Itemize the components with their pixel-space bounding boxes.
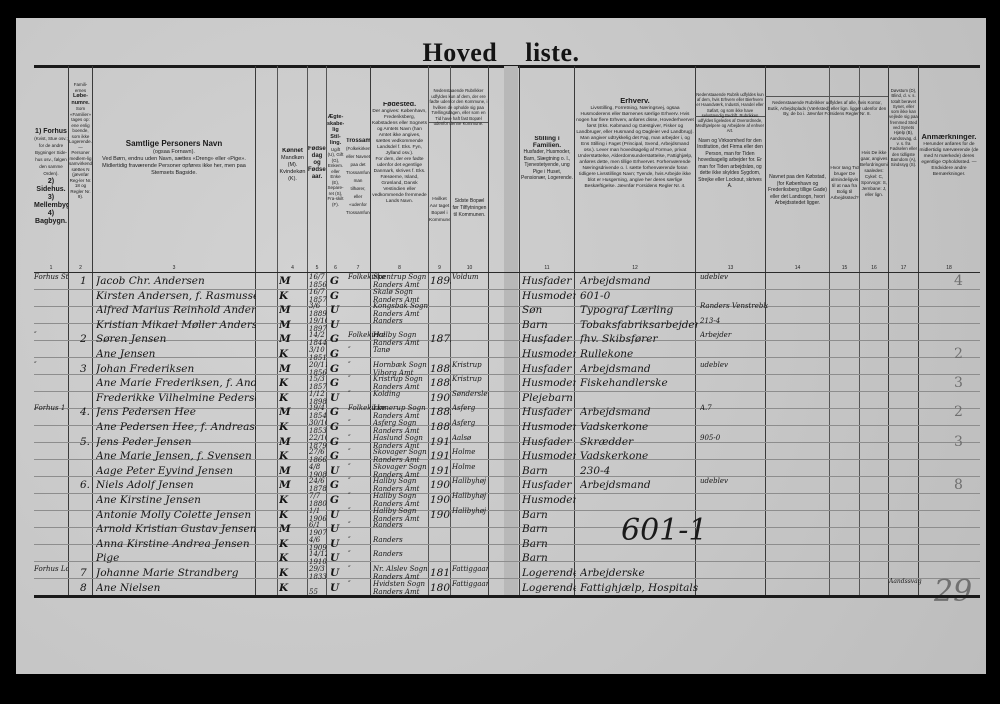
marital-status-cell: U <box>330 581 342 596</box>
header-col-8: Fødested.Der angives: København, Frederi… <box>371 102 428 205</box>
header-col-16: Hvis De ikke gaar, angives Befordringsmi… <box>860 150 888 198</box>
sex-cell: K <box>279 581 295 596</box>
col-number-3: 3 <box>93 265 255 271</box>
location-cell: Forhus 1 Sal <box>34 404 68 412</box>
header-col-3: Samtlige Personers Navn(ogsaa Fornavn).V… <box>96 140 252 177</box>
header-col-7: Trossamfund(Folkekirken eller Navnet paa… <box>346 138 370 217</box>
birth-day-cell: 14/12 <box>309 550 327 558</box>
birth-day-cell: 1/1 <box>309 507 327 515</box>
birth-day-cell: 22/10 <box>309 434 327 442</box>
col-number-15: 15 <box>830 265 859 271</box>
header-col-9: Hvilket Aar taget Bopæl i Kommunen? <box>429 196 450 224</box>
col-number-10: 10 <box>451 265 488 271</box>
header-col-18: Anmærkninger.Herunder anføres for de mid… <box>919 134 979 178</box>
year-settled-cell: 1806 <box>430 581 451 596</box>
header-col-12: Erhverv.Livsstilling, Forretning, Næring… <box>576 98 694 190</box>
census-sheet: Hovedliste. 1) Forhus(Kvist, Stue osv.; … <box>16 18 986 674</box>
birth-day-cell: 19/10 <box>309 317 327 325</box>
birthplace-parish-cell: Skovager Sogn <box>373 448 430 456</box>
family-code-annotation: 601-1 <box>621 513 707 548</box>
col-number-6: 6 <box>327 265 344 271</box>
birth-day-cell: 19/4 <box>309 404 327 412</box>
birthplace-parish-cell: Randers <box>373 317 430 325</box>
col-number-1: 1 <box>34 265 68 271</box>
header-col-4: KønnetMandkøn (M). Kvindekøn (K). <box>278 148 307 183</box>
col-number-18: 18 <box>919 265 979 271</box>
location-cell: Forhus Stue <box>34 273 68 281</box>
location-cell: ″ <box>34 331 68 339</box>
previous-residence-cell: Asferg <box>452 419 488 427</box>
previous-residence-cell: Voldum <box>452 273 488 281</box>
birth-day-cell: 3/10 <box>309 346 327 354</box>
employer-cell: A.7 <box>700 404 768 412</box>
birthplace-parish-cell: Randers <box>373 521 430 529</box>
header-col-11: Stilling i Familien.Husfader, Husmoder, … <box>520 136 574 182</box>
previous-residence-cell: Hallbyhøj <box>452 507 488 515</box>
col-number-13: 13 <box>696 265 765 271</box>
birth-day-cell: 30/10 <box>309 419 327 427</box>
birth-day-cell: 29/3 <box>309 565 327 573</box>
birthplace-parish-cell: Skalø Sogn <box>373 288 430 296</box>
col-number-14: 14 <box>766 265 829 271</box>
previous-residence-cell: Hallbyhøj <box>452 477 488 485</box>
header-col-14: Navnet paa den Købstad, (for København o… <box>766 174 829 207</box>
header-col-9-10-group: Nedenstaaende Rubrikker udfyldes kun af … <box>429 88 488 127</box>
header-col-10: Sidste Bopæl før Tilflytningen til Kommu… <box>451 198 488 219</box>
birth-day-cell: 4/8 <box>309 463 327 471</box>
header-col-15: Hvor lang Tid bruger De almindeligvis ti… <box>830 166 859 202</box>
title-word-1: Hoved <box>423 38 498 67</box>
col-number-7: 7 <box>346 265 370 271</box>
employer-cell: udeblev <box>700 273 768 281</box>
col-number-12: 12 <box>575 265 695 271</box>
previous-residence-cell: Fattiggaarden <box>452 580 488 588</box>
table-bottom-rule <box>34 595 980 598</box>
previous-residence-cell: Hallbyhøj <box>452 492 488 500</box>
birthplace-parish-cell: Nr. Alslev Sogn <box>373 565 430 573</box>
birthplace-parish-cell: Hornbæk Sogn <box>373 361 430 369</box>
col-number-9: 9 <box>429 265 450 271</box>
birth-day-cell: 7/7 <box>309 492 327 500</box>
birthplace-parish-cell: Linnerup Sogn <box>373 404 430 412</box>
header-col-17: Døvstum (D), Blind, d. v. s. totalt berø… <box>889 88 918 167</box>
birthplace-parish-cell: Hallby Sogn <box>373 477 430 485</box>
previous-residence-cell: Holme <box>452 463 488 471</box>
employer-cell: Arbejder <box>700 331 768 339</box>
birthplace-parish-cell: Hallby Sogn <box>373 507 430 515</box>
previous-residence-cell: Aalsø <box>452 434 488 442</box>
family-role-cell: Logerende <box>522 581 576 596</box>
employer-cell: 213-4 <box>700 317 768 325</box>
birthplace-parish-cell: Hvidsten Sogn <box>373 580 430 588</box>
birthplace-parish-cell: Skovager Sogn <box>373 463 430 471</box>
previous-residence-cell: Kristrup <box>452 361 488 369</box>
birth-day-cell: 16/7 <box>309 288 327 296</box>
birthplace-parish-cell: Tanø <box>373 346 430 354</box>
header-col-2: Famili-ernesLøbe-numre.Som «Familier» ta… <box>69 82 92 200</box>
birth-day-cell: 16/7 <box>309 273 327 281</box>
birthplace-parish-cell: Hallby Sogn <box>373 492 430 500</box>
birth-day-cell: 27/6 <box>309 448 327 456</box>
employer-cell: 905-0 <box>700 434 768 442</box>
margin-total-annotation: 29 <box>934 574 972 609</box>
col-number-2: 2 <box>69 265 92 271</box>
employer-cell: udeblev <box>700 477 768 485</box>
col17-note: Aandssvag <box>889 578 918 585</box>
col-number-17: 17 <box>889 265 918 271</box>
birth-day-cell: 24/6 <box>309 477 327 485</box>
employer-cell: udeblev <box>700 361 768 369</box>
col-number-5: 5 <box>308 265 326 271</box>
title-word-2: liste. <box>525 38 579 67</box>
birthplace-parish-cell: Kristrup Sogn <box>373 375 430 383</box>
person-name-cell: Ane Nielsen <box>96 581 256 596</box>
header-col-6: Ægte-skabe-lig Stil-ling.Ugift (U), Gift… <box>327 114 344 207</box>
birth-day-cell: 20/11 <box>309 361 327 369</box>
birth-day-cell: 14/2 <box>309 331 327 339</box>
header-col-5: Fødsels-dag og Fødsels-aar. <box>308 146 326 181</box>
employer-cell: Randers Venstreblad <box>700 302 768 310</box>
previous-residence-cell: Sønderslev <box>452 390 488 398</box>
col-number-11: 11 <box>520 265 574 271</box>
previous-residence-cell: Kristrup <box>452 375 488 383</box>
subheader-rule-14-16 <box>765 96 888 97</box>
birthplace-parish-cell: Kolding <box>373 390 430 398</box>
birth-day-cell: 1/12 <box>309 390 327 398</box>
birthplace-parish-cell: Haslund Sogn <box>373 434 430 442</box>
birthplace-parish-cell: Hallby Sogn <box>373 331 430 339</box>
col-number-4: 4 <box>278 265 307 271</box>
occupation-cell: Fattighjælp, Hospitalslem <box>580 581 698 596</box>
birth-day-cell: 3/6 <box>309 302 327 310</box>
location-cell: Forhus Loft <box>34 565 68 573</box>
birth-day-cell: 4/6 <box>309 536 327 544</box>
col-number-8: 8 <box>371 265 428 271</box>
header-col-13: Nedenstaaende Rubrik udfyldes kun af dem… <box>696 92 764 190</box>
previous-residence-cell: Fattiggaarden <box>452 565 488 573</box>
birthplace-parish-cell: Spentrup Sogn <box>373 273 430 281</box>
birthplace-parish-cell: Kongsbak Sogn <box>373 302 430 310</box>
page-title: Hovedliste. <box>16 38 986 68</box>
header-col-1: 1) Forhus(Kvist, Stue osv.; for de andre… <box>34 128 68 226</box>
birthplace-parish-cell: Asferg Sogn <box>373 419 430 427</box>
previous-residence-cell: Holme <box>452 448 488 456</box>
birthplace-parish-cell: Randers <box>373 536 430 544</box>
header-col-14-16-group: Nedenstaaende Rubrikker udfyldes af alle… <box>766 100 888 117</box>
col-number-16: 16 <box>860 265 888 271</box>
previous-residence-cell: Asferg <box>452 404 488 412</box>
birthplace-parish-cell: Randers <box>373 550 430 558</box>
birth-day-cell: 15/3 <box>309 375 327 383</box>
location-cell: ″ <box>34 361 68 369</box>
birth-day-cell: 6/1 <box>309 521 327 529</box>
